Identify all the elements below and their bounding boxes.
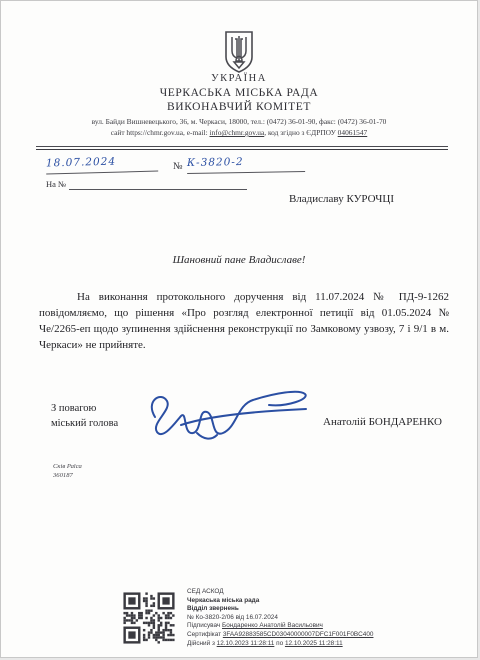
stamp-valid-line: Дійсний з 12.10.2023 11:28:11 по 12.10.2… bbox=[187, 640, 401, 649]
stamp-text: СЕД АСКОД Черкаська міська рада Відділ з… bbox=[187, 588, 401, 648]
closing-phrase: З повагою міський голова bbox=[51, 401, 118, 431]
salutation: Шановний пане Владиславе! bbox=[1, 254, 477, 266]
executor-phone: 360187 bbox=[53, 471, 82, 480]
site-prefix: сайт https://chmr.gov.ua, e-mail: bbox=[111, 128, 210, 137]
letter-page: УКРАЇНА ЧЕРКАСЬКА МІСЬКА РАДА ВИКОНАВЧИЙ… bbox=[0, 0, 478, 658]
stamp-cert-line: Сертифікат 3FAA92883585CD03040000007DFC1… bbox=[187, 631, 401, 640]
ukraine-trident-icon bbox=[1, 31, 477, 78]
signer-name: Анатолій БОНДАРЕНКО bbox=[291, 416, 442, 428]
stamp-system: СЕД АСКОД bbox=[187, 588, 401, 597]
address-line: вул. Байди Вишневецького, 36, м. Черкаси… bbox=[1, 117, 477, 126]
qr-code-icon bbox=[121, 590, 177, 651]
stamp-signer-label: Підписувач bbox=[187, 622, 222, 629]
reply-to-label: На № bbox=[46, 179, 66, 189]
closing-line2: міський голова bbox=[51, 416, 118, 431]
edrpou-number: 04061547 bbox=[338, 128, 368, 137]
handwritten-doc-number: К-3820-2 bbox=[187, 155, 305, 174]
stamp-department: Відділ звернень bbox=[187, 605, 401, 614]
stamp-org: Черкаська міська рада bbox=[187, 597, 401, 606]
recipient-name: Владиславу КУРОЧЦІ bbox=[241, 193, 442, 205]
header-divider bbox=[36, 146, 448, 150]
org-name: ЧЕРКАСЬКА МІСЬКА РАДА bbox=[1, 87, 477, 99]
signature-ink bbox=[141, 383, 311, 452]
email-text: info@chmr.gov.ua bbox=[210, 128, 265, 137]
stamp-cert-label: Сертифікат bbox=[187, 631, 223, 638]
country-title: УКРАЇНА bbox=[1, 73, 477, 84]
stamp-signer-line: Підписувач Бондаренко Анатолій Васильови… bbox=[187, 622, 401, 631]
org-committee: ВИКОНАВЧИЙ КОМІТЕТ bbox=[1, 101, 477, 113]
stamp-valid-label: Дійсний з bbox=[187, 640, 217, 647]
reply-to-blank-line bbox=[69, 179, 247, 190]
stamp-cert-value: 3FAA92883585CD03040000007DFC1F001F0BC400 bbox=[223, 631, 374, 638]
closing-line1: З повагою bbox=[51, 401, 118, 416]
edrpou-label: , код згідно з ЄДРПОУ bbox=[264, 128, 337, 137]
stamp-valid-from: 12.10.2023 11:28:11 bbox=[217, 640, 275, 647]
contact-line: сайт https://chmr.gov.ua, e-mail: info@c… bbox=[1, 128, 477, 137]
number-sign-label: № bbox=[173, 161, 183, 172]
executor-name: Сків Раїса bbox=[53, 462, 82, 471]
handwritten-date: 18.07.2024 bbox=[46, 155, 158, 175]
executor-note: Сків Раїса 360187 bbox=[53, 462, 82, 480]
stamp-valid-to: 12.10.2025 11:28:11 bbox=[285, 640, 343, 647]
stamp-valid-mid: по bbox=[274, 640, 285, 647]
stamp-signer-name: Бондаренко Анатолій Васильович bbox=[222, 622, 323, 629]
letter-body: На виконання протокольного доручення від… bbox=[39, 289, 449, 353]
